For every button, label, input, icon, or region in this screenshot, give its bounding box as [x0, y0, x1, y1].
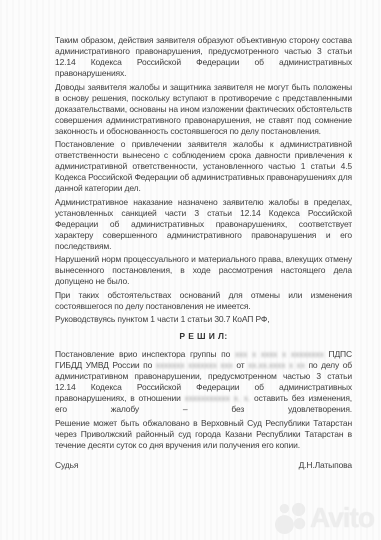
avito-wordmark: Avito: [310, 501, 374, 535]
paragraph-no-grounds-for-reversal: При таких обстоятельствах оснований для …: [55, 290, 352, 312]
paragraph-offense-composition: Таким образом, действия заявителя образу…: [55, 35, 352, 79]
document-page: Таким образом, действия заявителя образу…: [0, 0, 381, 540]
resolution-text-part: от: [233, 360, 248, 370]
signature-row: Судья Д.Н.Латыпова: [55, 460, 352, 471]
redacted-person-name: xxxxxxxxxxx x. x.: [185, 393, 251, 403]
redacted-unit-name: xxx x xxxx x xxxxxxxx: [235, 349, 324, 359]
avito-watermark: Avito: [275, 501, 374, 535]
decision-heading: Р Е Ш И Л:: [55, 331, 352, 342]
resolution-text-part: Постановление врио инспектора группы по: [55, 349, 235, 359]
paragraph-penalty-within-limits: Административное наказание назначено зая…: [55, 197, 352, 252]
paragraph-resolution: Постановление врио инспектора группы по …: [55, 349, 352, 415]
redacted-officer-name: xxxxxxx xxxxxxx xxx: [156, 360, 233, 370]
paragraph-no-procedural-violations: Нарушений норм процессуального и материа…: [55, 254, 352, 287]
paragraph-arguments-rejected: Доводы заявителя жалобы и защитника заяв…: [55, 82, 352, 137]
avito-logo-icon: [275, 501, 309, 535]
paragraph-legal-basis: Руководствуясь пунктом 1 части 1 статьи …: [55, 314, 352, 325]
judge-label: Судья: [55, 460, 78, 471]
paragraph-limitation-period: Постановление о привлечении заявителя жа…: [55, 139, 352, 194]
court-decision-text: Таким образом, действия заявителя образу…: [55, 35, 352, 471]
paragraph-appeal-procedure: Решение может быть обжаловано в Верховны…: [55, 418, 352, 451]
judge-name: Д.Н.Латыпова: [299, 460, 352, 471]
redacted-date-number: xx.xx.xxxx x xx: [248, 360, 305, 370]
